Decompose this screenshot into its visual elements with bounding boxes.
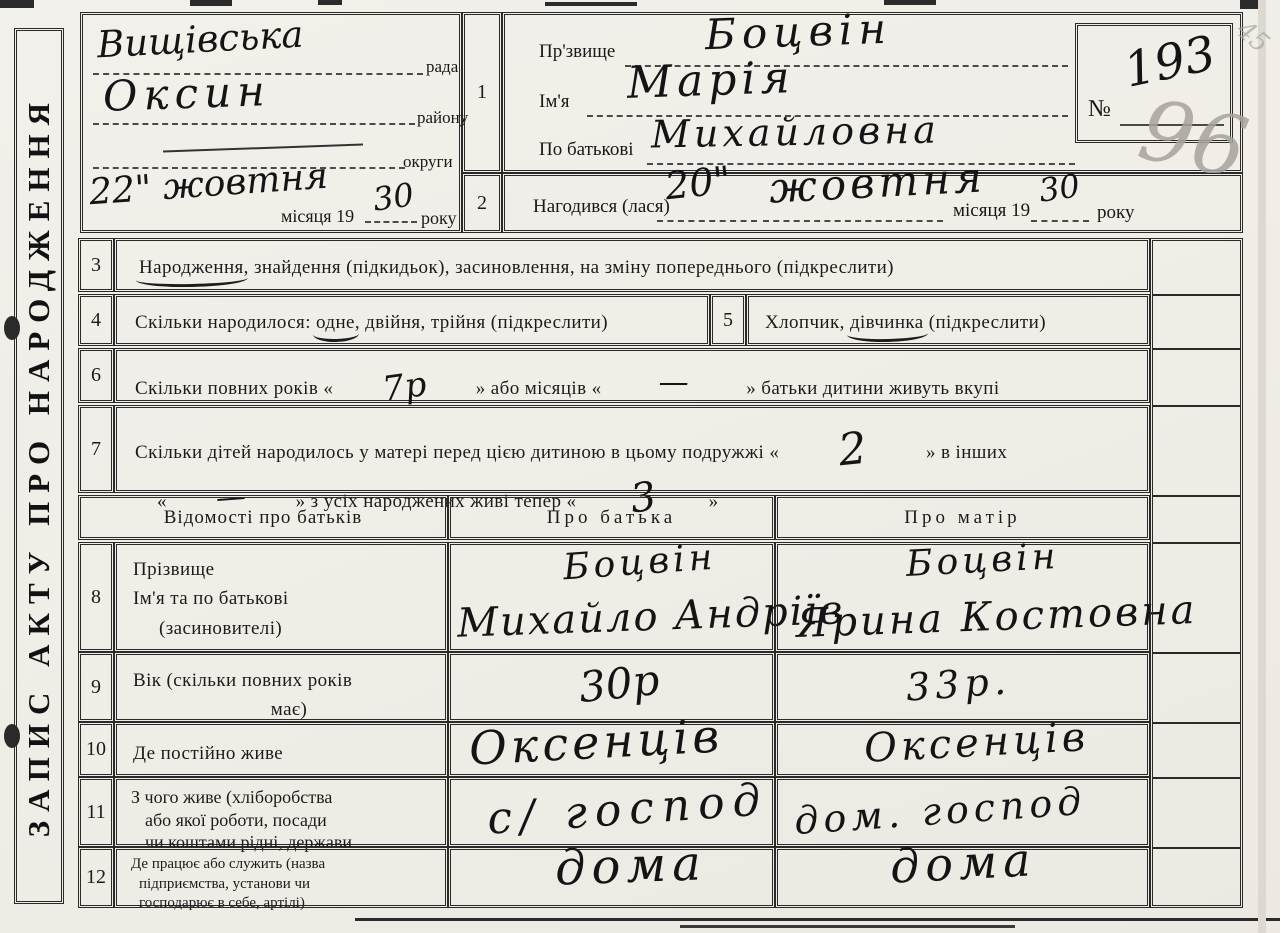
row12-number-cell: 12: [78, 847, 114, 908]
row2-number: 2: [477, 192, 487, 215]
row6-number: 6: [91, 364, 101, 387]
row10-number-cell: 10: [78, 722, 114, 777]
row5-content: Хлопчик, дівчинка (підкреслити): [746, 294, 1150, 346]
row8-mother-cell: Боцвін Ярина Костовна: [775, 542, 1150, 652]
father-age-value: 30р: [577, 659, 661, 709]
strip-divider: [1153, 495, 1240, 497]
parents-header-father-label: Про батька: [547, 507, 676, 529]
row4-number-cell: 4: [78, 294, 114, 346]
council-value: Вищівська: [96, 16, 304, 64]
row4-text: , двійня, трійня (підкреслити): [355, 312, 608, 333]
row3-number-cell: 3: [78, 238, 114, 292]
row6-part3: » батьки дитини живуть вкупі: [746, 378, 999, 399]
row1-number: 1: [477, 81, 487, 104]
document-title: ЗАПИС АКТУ ПРО НАРОДЖЕННЯ: [21, 94, 57, 837]
father-occupation-value: с/ господ: [486, 778, 770, 842]
row9-label-line2: має): [133, 696, 445, 725]
parents-header-father: Про батька: [448, 495, 775, 540]
row8-father-cell: Боцвін Михайло Андріїв: [448, 542, 775, 652]
row3-content: Народження, знайдення (підкидьок), засин…: [114, 238, 1150, 292]
hand-stroke: [163, 144, 363, 153]
okruha-label: округи: [403, 152, 453, 172]
born-year-label: року: [1097, 202, 1134, 224]
row5-underlined-option: дівчинка: [850, 310, 924, 336]
row12-label-line3: господарює в себе, артілі): [131, 894, 445, 914]
write-line: [93, 123, 415, 125]
row12-label-line1: Де працює або служить (назва: [131, 855, 445, 875]
scan-artifact: [355, 918, 1280, 921]
scan-artifact: [318, 0, 342, 5]
row12-label-cell: Де працює або служить (назва підприємств…: [114, 847, 448, 908]
scan-artifact: [680, 925, 1015, 928]
row6-months-value: —: [659, 368, 689, 398]
mother-workplace-value: дома: [889, 836, 1038, 890]
parents-header-info-label: Відомості про батьків: [164, 507, 363, 529]
row8-number-cell: 8: [78, 542, 114, 652]
district-value: Оксин: [102, 70, 271, 118]
strip-divider: [1153, 348, 1240, 350]
row11-label-line1: З чого живе (хліборобства: [131, 786, 445, 809]
strip-divider: [1153, 542, 1240, 544]
row6-part1: Скільки повних років «: [135, 378, 333, 399]
row9-number-cell: 9: [78, 652, 114, 722]
surname-label: Пр'звище: [539, 41, 615, 63]
month-label: місяця 19: [281, 206, 354, 227]
strip-divider: [1153, 722, 1240, 724]
mother-name-value: Ярина Костовна: [795, 590, 1198, 644]
row6-content: Скільки повних років « 7р » або місяців …: [114, 348, 1150, 403]
parents-header-mother-label: Про матір: [904, 507, 1020, 529]
row8-label-line1: Прізвище: [133, 555, 445, 584]
row3-text: , знайдення (підкидьок), засиновлення, н…: [244, 257, 894, 278]
row3-number: 3: [91, 254, 101, 277]
row11-label-line2: або якої роботи, посади: [131, 809, 445, 832]
row7-number: 7: [91, 438, 101, 461]
row7-line1: Скільки дітей народилось у матері перед …: [135, 422, 1147, 466]
row9-mother-cell: 33р.: [775, 652, 1150, 722]
scanned-birth-record: ЗАПИС АКТУ ПРО НАРОДЖЕННЯ Вищівська рада…: [0, 0, 1280, 933]
row11-number: 11: [86, 801, 105, 824]
row7-content: Скільки дітей народилось у матері перед …: [114, 405, 1150, 493]
write-line: [763, 220, 943, 222]
born-month-label: місяця 19: [953, 200, 1030, 222]
row8-number: 8: [91, 586, 101, 609]
right-empty-column: [1150, 238, 1243, 908]
firstname-value: Марія: [626, 56, 795, 106]
mother-residence-value: Оксенців: [863, 717, 1090, 769]
row9-label-line1: Вік (скільки повних років: [133, 667, 445, 696]
row9-label-cell: Вік (скільки повних років має): [114, 652, 448, 722]
row5-number: 5: [723, 309, 733, 332]
parents-header-mother: Про матір: [775, 495, 1150, 540]
year-label: року: [421, 208, 457, 229]
strip-divider: [1153, 652, 1240, 654]
scan-artifact: [545, 2, 637, 6]
row4-number: 4: [91, 309, 101, 332]
row8-label-line3: (засиновителі): [133, 614, 445, 643]
strip-divider: [1153, 847, 1240, 849]
parents-header-info: Відомості про батьків: [78, 495, 448, 540]
row4-lead: Скільки народилося:: [135, 312, 316, 333]
row5-text: (підкреслити): [924, 312, 1046, 333]
row11-father-cell: с/ господ: [448, 777, 775, 847]
row11-label-cell: З чого живе (хліборобства або якої робот…: [114, 777, 448, 847]
row9-father-cell: 30р: [448, 652, 775, 722]
district-label: району: [417, 108, 468, 128]
father-surname-value: Боцвін: [562, 540, 718, 587]
row10-label-cell: Де постійно живе: [114, 722, 448, 777]
write-line: [657, 220, 757, 222]
write-line: [1031, 220, 1089, 222]
header-box: Вищівська рада Оксин району округи 22" ж…: [80, 12, 462, 233]
row6-number-cell: 6: [78, 348, 114, 403]
year-value: 30: [371, 178, 416, 215]
row4-underlined-option: одне: [316, 310, 355, 336]
strip-divider: [1153, 405, 1240, 407]
row11-number-cell: 11: [78, 777, 114, 847]
born-label: Нагодився (лася): [533, 196, 670, 218]
row5-lead: Хлопчик,: [765, 312, 850, 333]
row1-number-cell: 1: [462, 12, 502, 173]
row4-content: Скільки народилося: одне, двійня, трійня…: [114, 294, 710, 346]
born-day-value: 20": [663, 161, 732, 206]
mother-surname-value: Боцвін: [905, 539, 1060, 583]
patronymic-value: Михайловна: [651, 110, 940, 153]
fold-shadow: [1258, 0, 1266, 933]
father-residence-value: Оксенців: [468, 712, 724, 771]
row7-part1: Скільки дітей народилось у матері перед …: [135, 442, 779, 463]
scan-artifact: [190, 0, 232, 6]
council-label: рада: [426, 57, 458, 77]
father-workplace-value: дома: [554, 839, 707, 892]
row2-fields: Нагодився (лася) 20" жовтня місяця 19 30…: [502, 173, 1243, 233]
row12-number: 12: [86, 866, 106, 889]
row8-label-line2: Ім'я та по батькові: [133, 584, 445, 613]
row9-number: 9: [91, 676, 101, 699]
write-line: [365, 221, 417, 223]
row10-mother-cell: Оксенців: [775, 722, 1150, 777]
strip-divider: [1153, 777, 1240, 779]
row2-number-cell: 2: [462, 173, 502, 233]
row7-number-cell: 7: [78, 405, 114, 493]
row7-this-marriage-value: 2: [837, 427, 870, 474]
row6-years-value: 7р: [381, 367, 430, 407]
firstname-label: Ім'я: [539, 91, 570, 113]
row12-mother-cell: дома: [775, 847, 1150, 908]
row10-label: Де постійно живе: [133, 741, 445, 767]
row12-father-cell: дома: [448, 847, 775, 908]
registry-no-label: №: [1088, 96, 1111, 123]
row8-label-cell: Прізвище Ім'я та по батькові (засиновите…: [114, 542, 448, 652]
surname-value: Боцвін: [704, 8, 892, 57]
born-year-value: 30: [1037, 169, 1082, 206]
row10-father-cell: Оксенців: [448, 722, 775, 777]
row3-underlined-option: Народження: [139, 255, 244, 281]
patronymic-label: По батькові: [539, 139, 634, 161]
strip-divider: [1153, 294, 1240, 296]
row7-part2: » в інших: [926, 442, 1007, 463]
row5-number-cell: 5: [710, 294, 746, 346]
mother-age-value: 33р.: [905, 661, 1012, 706]
mother-occupation-value: дом. господ: [793, 782, 1087, 840]
row12-label-line2: підприємства, установи чи: [131, 875, 445, 895]
side-title-box: ЗАПИС АКТУ ПРО НАРОДЖЕННЯ: [14, 28, 64, 904]
scan-artifact: [0, 0, 34, 8]
row10-number: 10: [86, 738, 106, 761]
row6-part2: » або місяців «: [476, 378, 602, 399]
row1-fields: Пр'звище Боцвін Ім'я Марія По батькові М…: [502, 12, 1243, 173]
scan-artifact: [884, 0, 936, 5]
